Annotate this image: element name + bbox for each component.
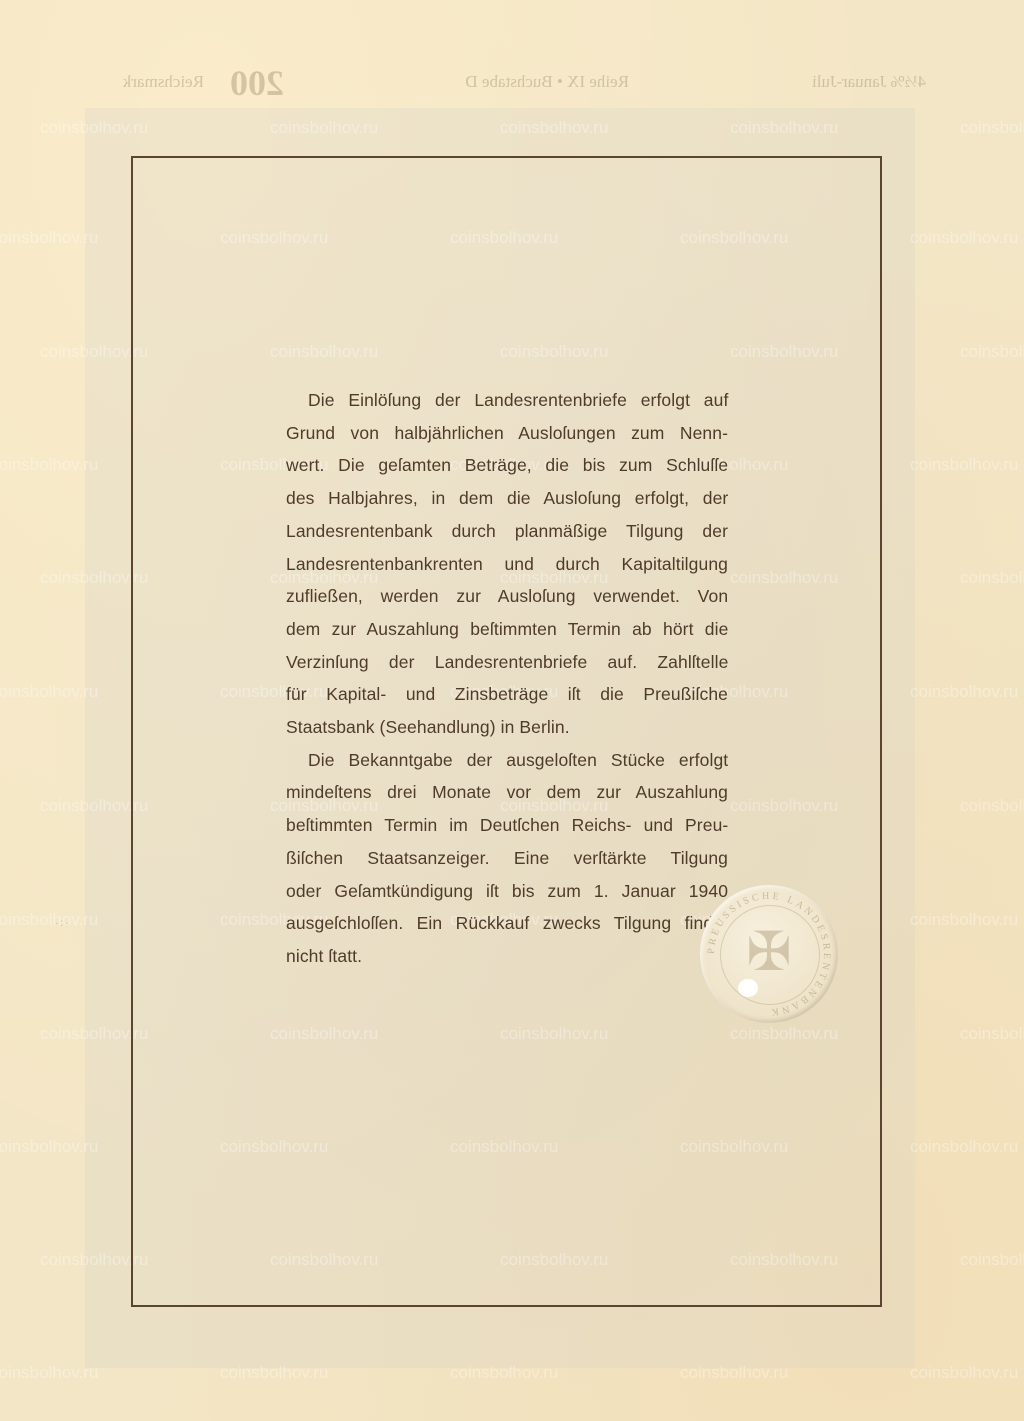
text-line: Landesrentenbank durch planmäßige Tilgun… [286, 515, 728, 548]
watermark-text: coinsbolhov.ru [0, 455, 98, 475]
bleed-header-right: Reichsmark [123, 72, 204, 92]
bleed-header-value: 200 [230, 62, 284, 104]
watermark-text: coinsbolhov.ru [960, 796, 1024, 816]
watermark-text: coinsbolhov.ru [40, 118, 148, 138]
watermark-text: coinsbolhov.ru [500, 118, 608, 138]
watermark-text: coinsbolhov.ru [910, 228, 1018, 248]
text-line: mindeſtens drei Monate vor dem zur Ausza… [286, 776, 728, 809]
text-line: nicht ſtatt. [286, 940, 728, 973]
watermark-text: coinsbolhov.ru [910, 682, 1018, 702]
watermark-text: coinsbolhov.ru [450, 1363, 558, 1383]
watermark-text: coinsbolhov.ru [0, 682, 98, 702]
watermark-text: coinsbolhov.ru [960, 568, 1024, 588]
text-line: Verzinſung der Landesrentenbriefe auf. Z… [286, 646, 728, 679]
watermark-text: coinsbolhov.ru [0, 228, 98, 248]
bleed-through-header: 4½% Januar-Juli Reihe IX • Buchstabe D 2… [0, 68, 1024, 108]
eagle-emblem-icon: ✠ [742, 917, 796, 987]
text-line: dem zur Auszahlung beſtimmten Termin ab … [286, 613, 728, 646]
watermark-text: coinsbolhov.ru [910, 910, 1018, 930]
watermark-text: coinsbolhov.ru [0, 1363, 98, 1383]
punch-hole [738, 979, 758, 997]
paragraph: Die Einlöſung der Landesrentenbriefe erf… [286, 384, 728, 744]
text-line: wert. Die geſamten Beträge, die bis zum … [286, 449, 728, 482]
text-line: des Halbjahres, in dem die Ausloſung erf… [286, 482, 728, 515]
watermark-text: coinsbolhov.ru [910, 1363, 1018, 1383]
watermark-text: coinsbolhov.ru [910, 455, 1018, 475]
text-line: Grund von halbjährlichen Ausloſungen zum… [286, 417, 728, 450]
watermark-text: coinsbolhov.ru [960, 342, 1024, 362]
text-line: Die Einlöſung der Landesrentenbriefe erf… [286, 384, 728, 417]
paragraph-container: Die Einlöſung der Landesrentenbriefe erf… [286, 384, 728, 973]
bleed-header-center: Reihe IX • Buchstabe D [465, 72, 629, 92]
text-line: beſtimmten Termin im Deutſchen Reichs- u… [286, 809, 728, 842]
text-line: Die Bekanntgabe der ausgeloſten Stücke e… [286, 744, 728, 777]
watermark-text: coinsbolhov.ru [960, 1250, 1024, 1270]
bleed-header-left: 4½% Januar-Juli [812, 72, 926, 92]
text-line: für Kapital- und Zinsbeträge iſt die Pre… [286, 678, 728, 711]
text-line: zufließen, werden zur Ausloſung verwende… [286, 580, 728, 613]
embossed-seal: PREUSSISCHE LANDESRENTENBANK ✠ [700, 885, 838, 1023]
watermark-text: coinsbolhov.ru [910, 1137, 1018, 1157]
watermark-text: coinsbolhov.ru [960, 118, 1024, 138]
text-line: ßiſchen Staatsanzeiger. Eine verſtärkte … [286, 842, 728, 875]
watermark-text: coinsbolhov.ru [680, 1363, 788, 1383]
watermark-text: coinsbolhov.ru [270, 118, 378, 138]
watermark-text: coinsbolhov.ru [730, 118, 838, 138]
paragraph: Die Bekanntgabe der ausgeloſten Stücke e… [286, 744, 728, 973]
document-body: Die Einlöſung der Landesrentenbriefe erf… [286, 384, 728, 973]
watermark-text: coinsbolhov.ru [0, 1137, 98, 1157]
text-line: Landesrentenbankrenten und durch Kapital… [286, 548, 728, 581]
watermark-text: coinsbolhov.ru [960, 1024, 1024, 1044]
ink-speck: ·:· [55, 918, 95, 930]
text-line: ausgeſchloſſen. Ein Rückkauf zwecks Tilg… [286, 907, 728, 940]
text-line: oder Geſamtkündigung iſt bis zum 1. Janu… [286, 875, 728, 908]
text-line: Staatsbank (Seehandlung) in Berlin. [286, 711, 728, 744]
watermark-text: coinsbolhov.ru [220, 1363, 328, 1383]
